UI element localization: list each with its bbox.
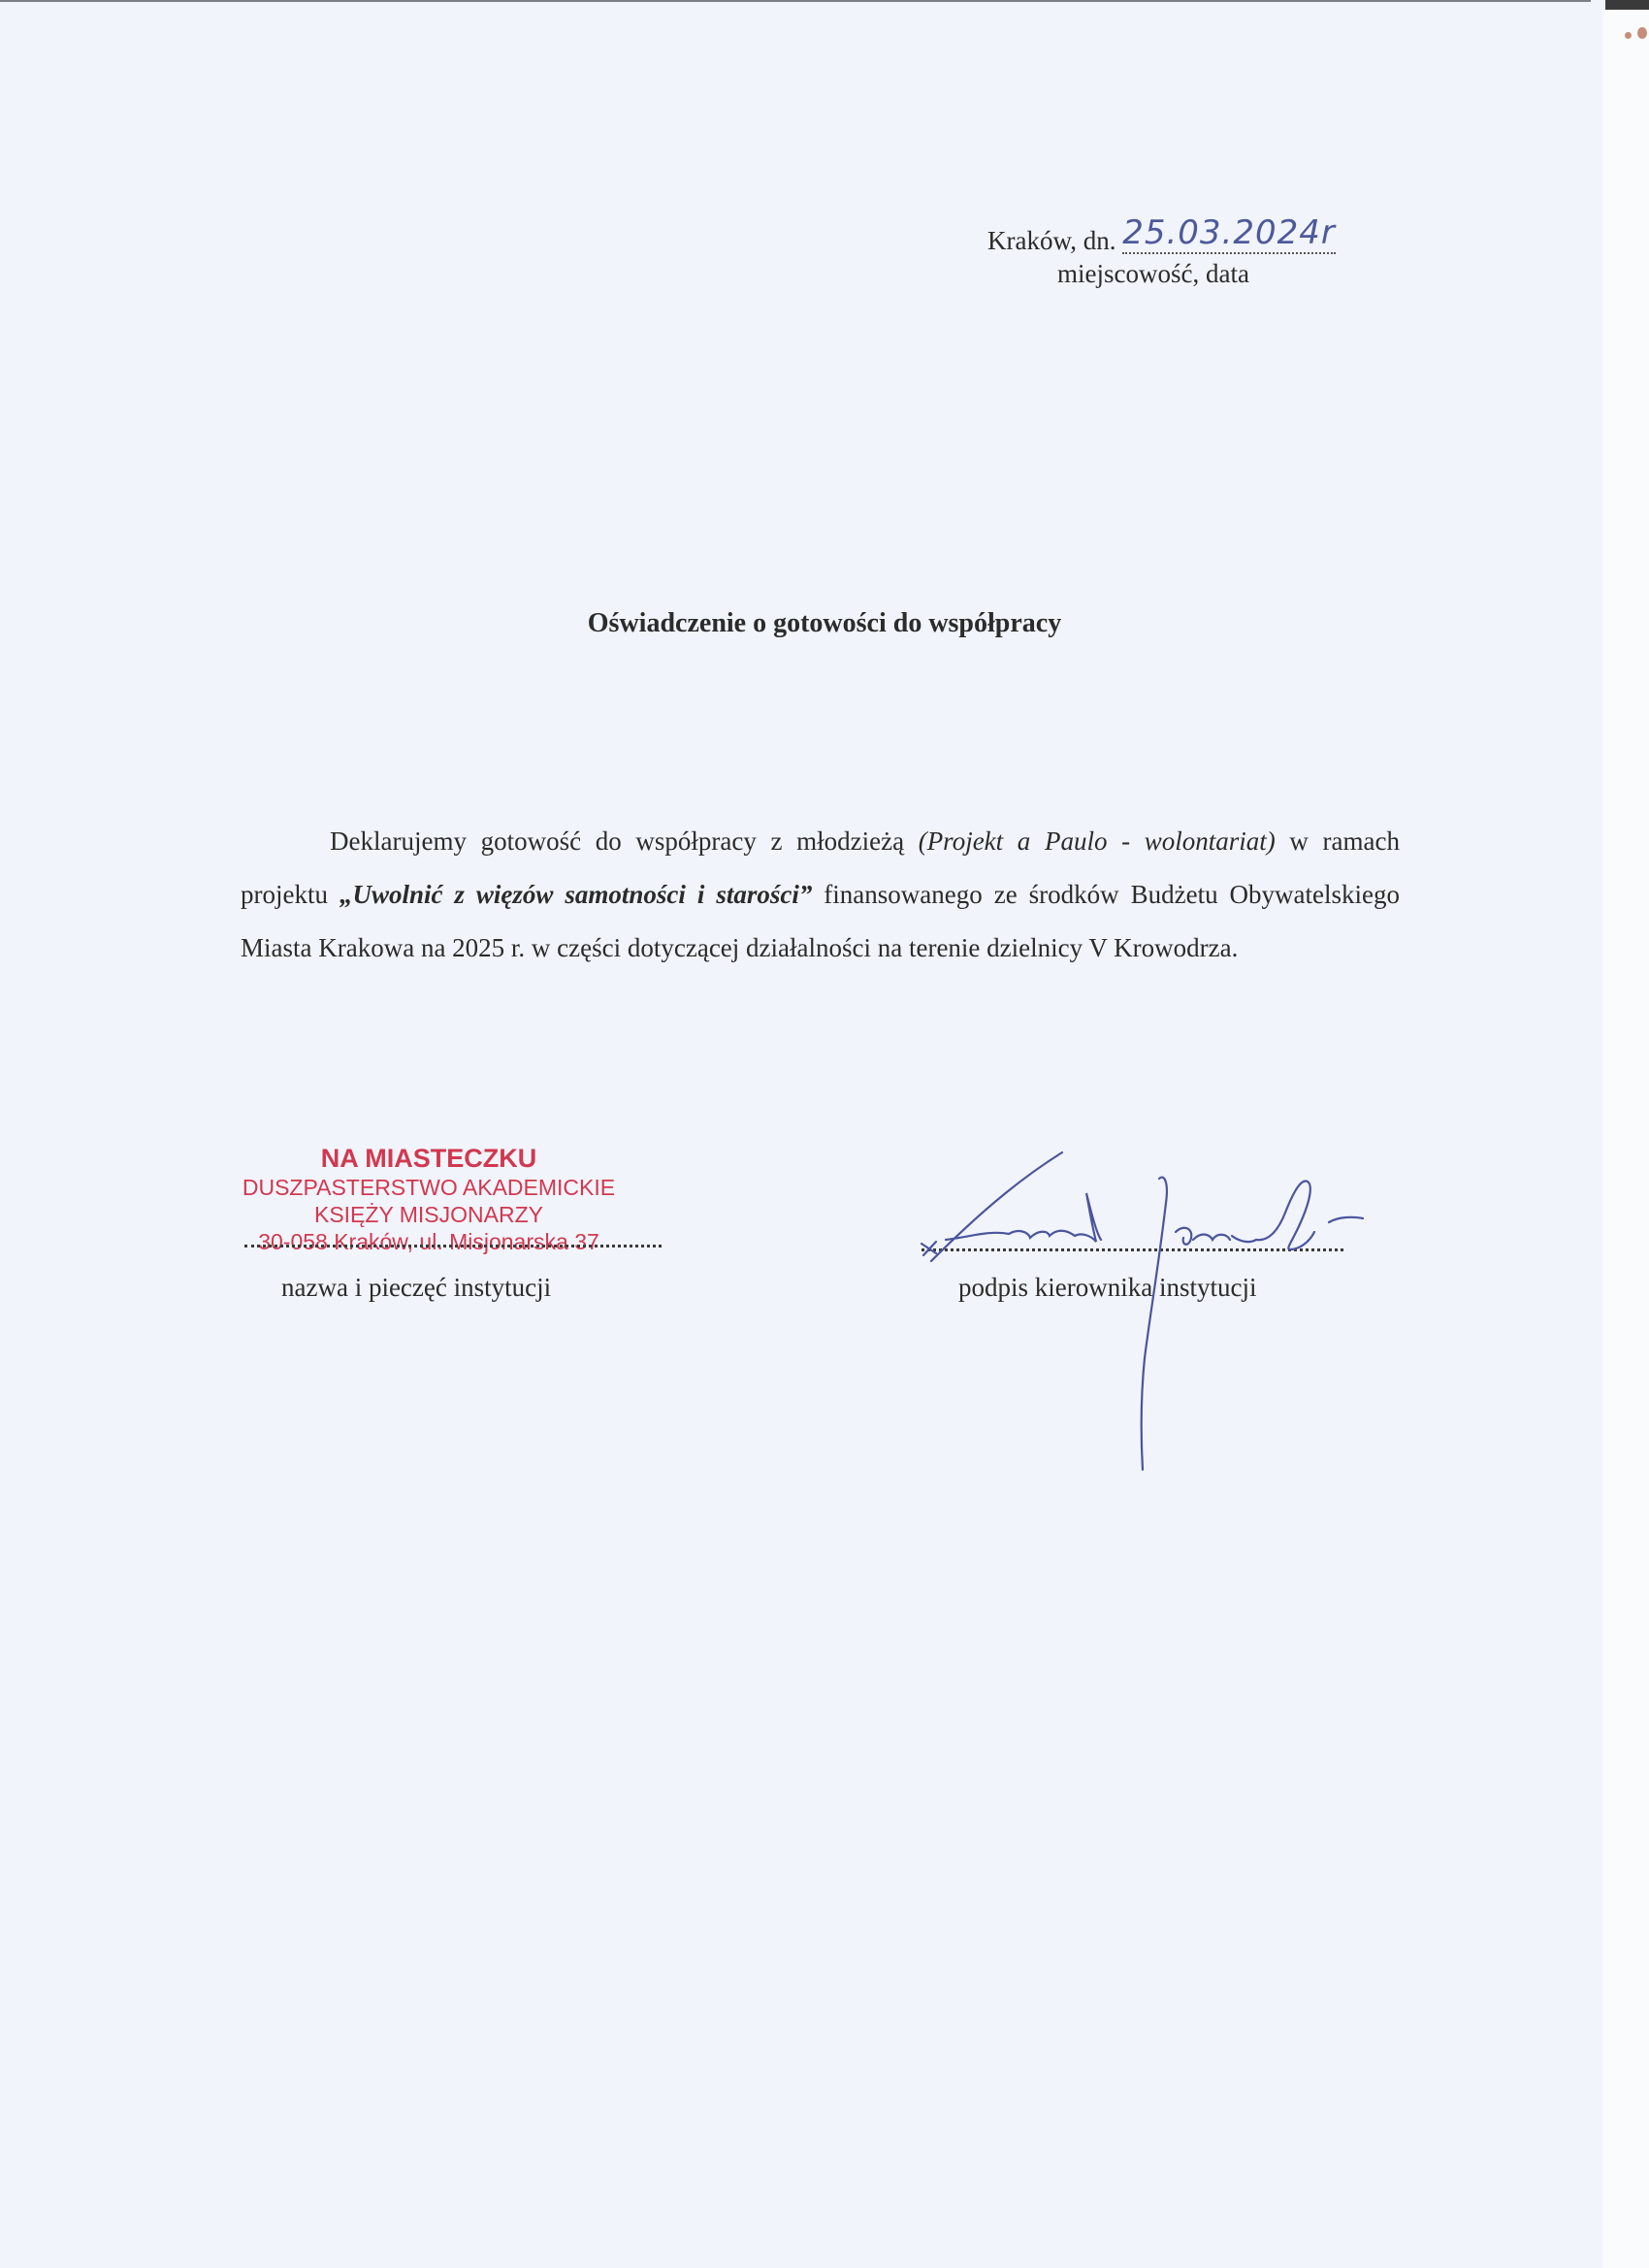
place-date-line: Kraków, dn. 25.03.2024r — [987, 219, 1336, 258]
place-date-caption: miejscowość, data — [1057, 259, 1249, 289]
stamp-caption: nazwa i pieczęć instytucji — [281, 1273, 551, 1303]
handwritten-signature — [902, 1135, 1387, 1484]
institution-stamp: NA MIASTECZKU DUSZPASTERSTWO AKADEMICKIE… — [225, 1143, 632, 1255]
scan-edge-corner — [1605, 0, 1649, 10]
ink-smudge — [1625, 32, 1632, 39]
paragraph-text: Deklarujemy gotowość do współpracy z mło… — [330, 826, 919, 856]
handwritten-date: 25.03.2024r — [1122, 213, 1336, 254]
project-name: „Uwolnić z więzów samotności i starości” — [339, 880, 812, 909]
stamp-address: 30-058 Kraków, ul. Misjonarska 37 — [225, 1228, 632, 1255]
scan-margin-strip — [1602, 10, 1649, 2268]
document-body: Deklarujemy gotowość do współpracy z mło… — [241, 815, 1400, 975]
stamp-line-1: DUSZPASTERSTWO AKADEMICKIE — [225, 1174, 632, 1201]
stamp-name: NA MIASTECZKU — [225, 1143, 632, 1174]
ink-smudge — [1637, 27, 1647, 39]
stamp-line-2: KSIĘŻY MISJONARZY — [225, 1201, 632, 1228]
scan-edge-top — [0, 0, 1591, 2]
declaration-paragraph: Deklarujemy gotowość do współpracy z mło… — [241, 815, 1400, 975]
partner-name: (Projekt a Paulo - wolontariat) — [919, 826, 1276, 856]
place-prefix: Kraków, dn. — [987, 226, 1115, 255]
stamp-dotted-line — [244, 1245, 662, 1247]
document-title: Oświadczenie o gotowości do współpracy — [0, 608, 1649, 639]
